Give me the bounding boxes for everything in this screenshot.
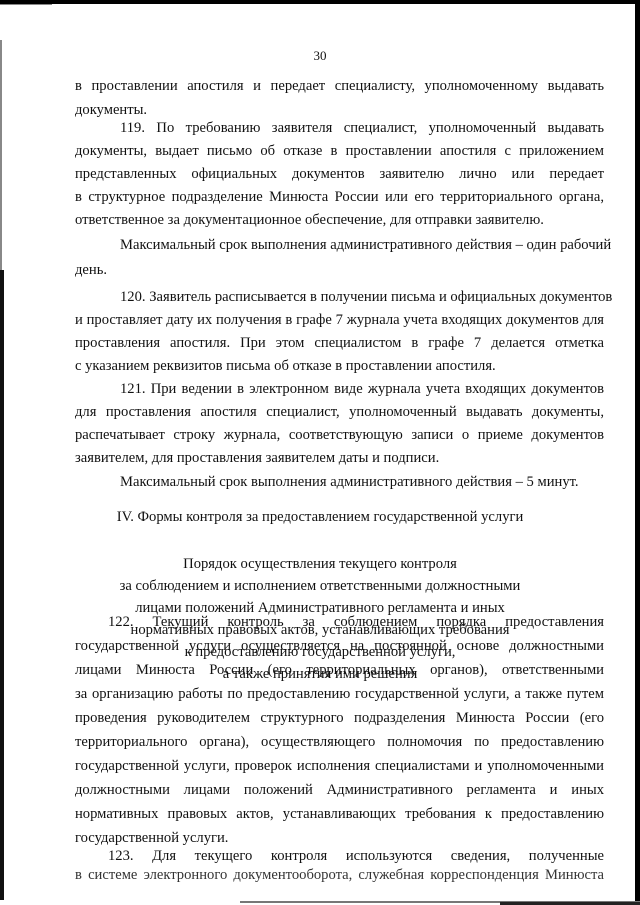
text-line: за организацию работы по предоставлению …	[75, 686, 604, 703]
text-line: нормативных правовых актов, устанавливаю…	[75, 806, 604, 823]
text-line: проведения руководителем структурного по…	[75, 710, 604, 727]
text-line: государственной услуги осуществляется на…	[75, 638, 604, 655]
text-line: государственной услуги, проверок исполне…	[75, 758, 604, 775]
text-line: территориального органа), осуществляющег…	[75, 734, 604, 751]
text-line: государственной услуги.	[75, 830, 604, 847]
lower-text-block: 122. Текущий контроль за соблюдением пор…	[0, 0, 640, 905]
text-line: в системе электронного документооборота,…	[75, 867, 604, 884]
paragraph-123-start: 123. Для текущего контроля используются …	[108, 848, 604, 865]
text-line: лицами Минюста России (его территориальн…	[75, 662, 604, 679]
text-line: должностными лицами положений Администра…	[75, 782, 604, 799]
paragraph-122-start: 122. Текущий контроль за соблюдением пор…	[108, 614, 604, 631]
